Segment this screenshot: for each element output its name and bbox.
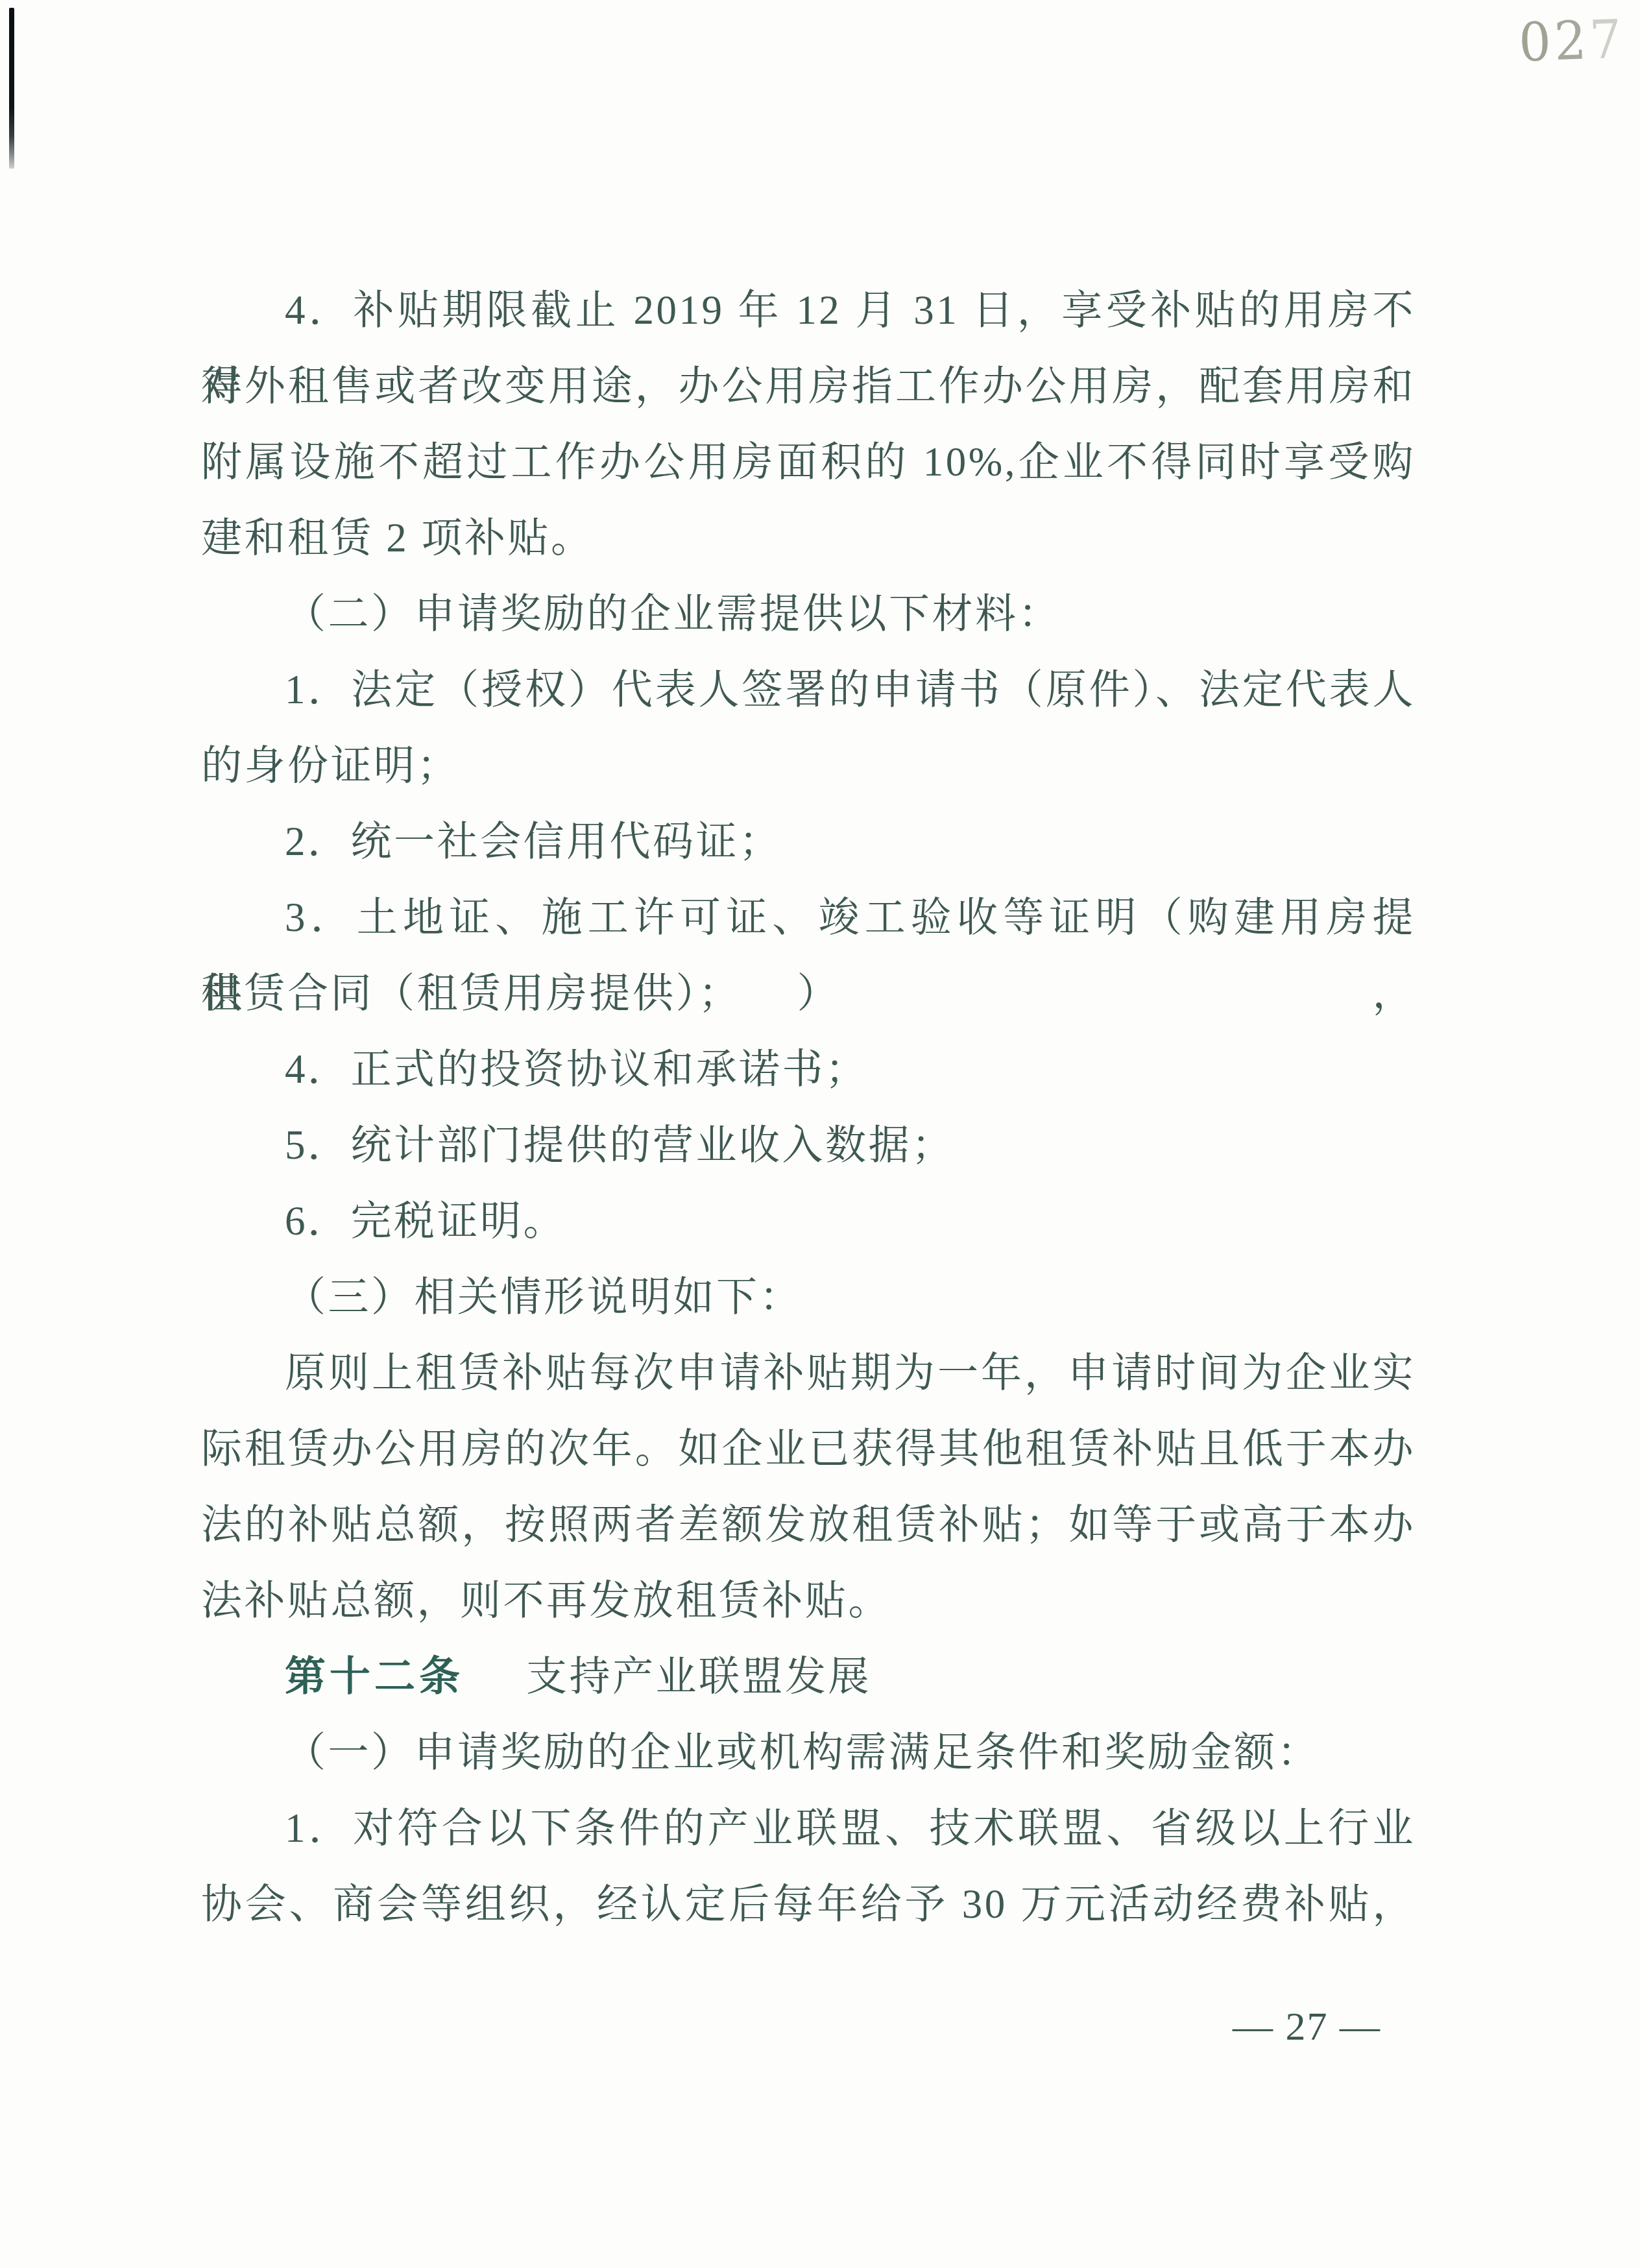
- text-segment: 的身份证明；: [201, 743, 460, 788]
- text-line: 建和租赁 2 项补贴。: [201, 500, 1416, 576]
- text-line: （二）申请奖励的企业需提供以下材料：: [201, 576, 1416, 652]
- stamp-digit: 7: [1588, 8, 1626, 71]
- text-segment: 1．对符合以下条件的产业联盟、技术联盟、省级以上行业: [285, 1805, 1416, 1851]
- text-line: 1．对符合以下条件的产业联盟、技术联盟、省级以上行业: [201, 1791, 1416, 1866]
- text-segment: （二）申请奖励的企业需提供以下材料：: [285, 591, 1061, 636]
- text-segment: 租赁合同（租赁用房提供）；: [201, 971, 742, 1016]
- stamp-digit: 0: [1518, 11, 1556, 74]
- text-segment: 法补贴总额，则不再发放租赁补贴。: [201, 1578, 891, 1623]
- text-line: 对外租售或者改变用途，办公用房指工作办公用房，配套用房和: [201, 348, 1416, 424]
- text-line: （一）申请奖励的企业或机构需满足条件和奖励金额：: [201, 1715, 1416, 1791]
- scan-artifact-line: [9, 8, 14, 169]
- text-segment: 5．统计部门提供的营业收入数据；: [285, 1122, 955, 1168]
- text-line: 2．统一社会信用代码证；: [201, 804, 1416, 880]
- text-segment: 际租赁办公用房的次年。如企业已获得其他租赁补贴且低于本办: [201, 1426, 1416, 1471]
- text-line: 原则上租赁补贴每次申请补贴期为一年，申请时间为企业实: [201, 1335, 1416, 1411]
- text-segment: 建和租赁 2 项补贴。: [201, 515, 594, 561]
- text-line: 4．正式的投资协议和承诺书；: [201, 1031, 1416, 1107]
- text-line: 的身份证明；: [201, 728, 1416, 804]
- text-line: 3．土地证、施工许可证、竣工验收等证明（购建用房提供），: [201, 880, 1416, 956]
- text-line: 6．完税证明。: [201, 1183, 1416, 1259]
- scanned-document-page: 027 4．补贴期限截止 2019 年 12 月 31 日，享受补贴的用房不得对…: [0, 0, 1640, 2268]
- text-line: 1．法定（授权）代表人签署的申请书（原件）、法定代表人: [201, 652, 1416, 728]
- text-segment: 对外租售或者改变用途，办公用房指工作办公用房，配套用房和: [201, 363, 1416, 409]
- article-heading-number: 第十二条: [285, 1654, 464, 1699]
- stamp-digit: 2: [1553, 10, 1591, 73]
- text-line: 法补贴总额，则不再发放租赁补贴。: [201, 1563, 1416, 1639]
- text-segment: 协会、商会等组织，经认定后每年给予 30 万元活动经费补贴，: [201, 1881, 1416, 1927]
- text-line: 第十二条支持产业联盟发展: [201, 1639, 1416, 1715]
- text-segment: 4．正式的投资协议和承诺书；: [285, 1046, 869, 1092]
- text-segment: 附属设施不超过工作办公用房面积的 10%,企业不得同时享受购: [201, 439, 1416, 485]
- text-segment: （一）申请奖励的企业或机构需满足条件和奖励金额：: [285, 1730, 1320, 1775]
- page-stamp: 027: [1518, 13, 1626, 70]
- footer-page-number: — 27 —: [1233, 2003, 1381, 2050]
- text-line: 际租赁办公用房的次年。如企业已获得其他租赁补贴且低于本办: [201, 1411, 1416, 1487]
- text-line: 协会、商会等组织，经认定后每年给予 30 万元活动经费补贴，: [201, 1866, 1416, 1942]
- document-body: 4．补贴期限截止 2019 年 12 月 31 日，享受补贴的用房不得对外租售或…: [201, 272, 1416, 1942]
- text-segment: 法的补贴总额，按照两者差额发放租赁补贴；如等于或高于本办: [201, 1502, 1416, 1547]
- text-line: 5．统计部门提供的营业收入数据；: [201, 1107, 1416, 1183]
- text-segment: 2．统一社会信用代码证；: [285, 819, 782, 864]
- text-segment: （三）相关情形说明如下：: [285, 1274, 802, 1320]
- text-segment: 支持产业联盟发展: [526, 1654, 871, 1699]
- text-segment: 6．完税证明。: [285, 1198, 566, 1244]
- text-line: 附属设施不超过工作办公用房面积的 10%,企业不得同时享受购: [201, 424, 1416, 500]
- text-line: 4．补贴期限截止 2019 年 12 月 31 日，享受补贴的用房不得: [201, 272, 1416, 348]
- text-line: 法的补贴总额，按照两者差额发放租赁补贴；如等于或高于本办: [201, 1487, 1416, 1563]
- text-segment: 原则上租赁补贴每次申请补贴期为一年，申请时间为企业实: [285, 1350, 1416, 1395]
- text-segment: 1．法定（授权）代表人签署的申请书（原件）、法定代表人: [285, 667, 1416, 712]
- text-line: （三）相关情形说明如下：: [201, 1259, 1416, 1335]
